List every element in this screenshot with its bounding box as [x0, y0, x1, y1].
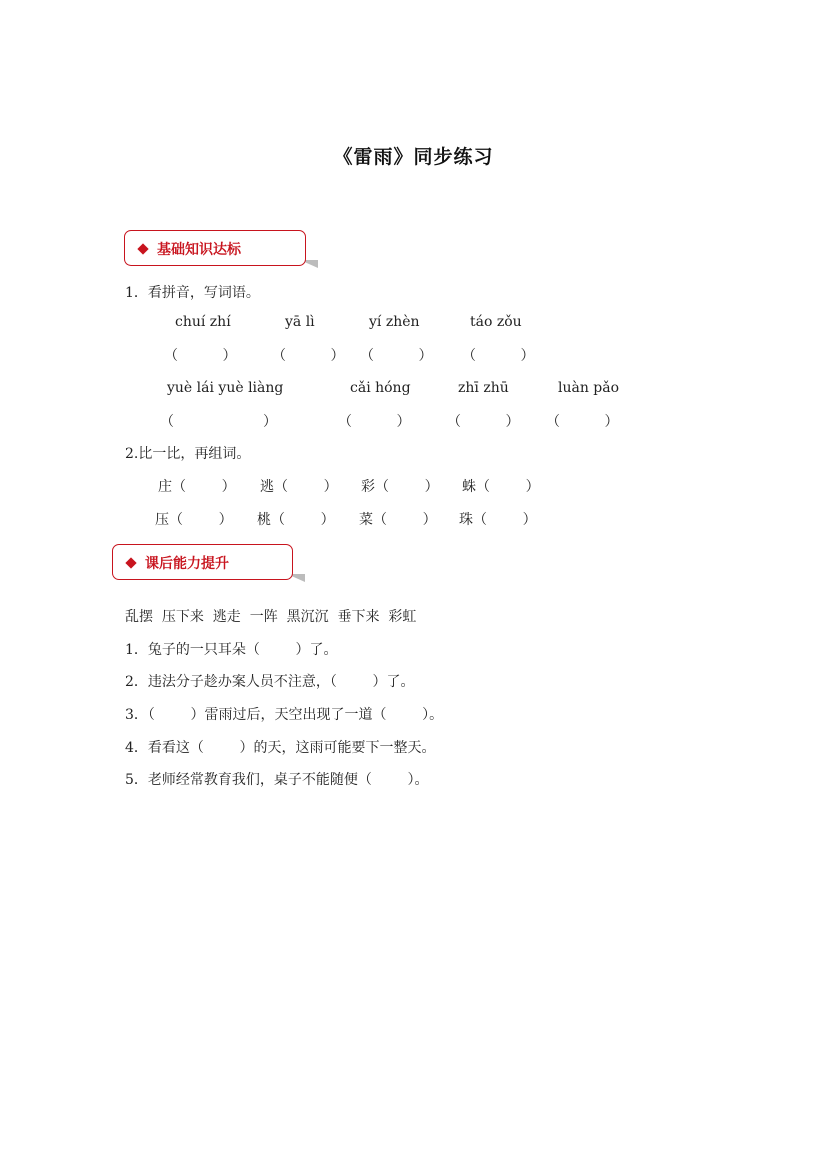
section-header-basic: 基础知识达标 — [124, 230, 306, 266]
compare-word[interactable]: 压（ ） — [155, 509, 233, 529]
section-label: 基础知识达标 — [157, 242, 241, 258]
compare-word[interactable]: 彩（ ） — [361, 476, 439, 496]
fill-in-item[interactable]: 1．兔子的一只耳朵（ ）了。 — [125, 639, 338, 659]
answer-blank[interactable]: （ ） — [462, 345, 535, 365]
answer-blank[interactable]: （ ） — [338, 411, 411, 431]
section-header-advanced: 课后能力提升 — [112, 544, 293, 580]
fill-in-item[interactable]: 5．老师经常教育我们，桌子不能随便（ ）。 — [125, 769, 429, 789]
compare-word[interactable]: 逃（ ） — [260, 476, 338, 496]
pinyin: luàn pǎo — [558, 380, 619, 396]
answer-blank[interactable]: （ ） — [160, 411, 277, 431]
page-title: 《雷雨》同步练习 — [0, 142, 827, 169]
pinyin: yuè lái yuè liàng — [167, 380, 283, 396]
answer-blank[interactable]: （ ） — [164, 345, 237, 365]
question-2-prompt: 2.比一比，再组词。 — [125, 443, 250, 463]
word-bank: 乱摆 压下来 逃走 一阵 黑沉沉 垂下来 彩虹 — [125, 606, 416, 626]
answer-blank[interactable]: （ ） — [360, 345, 433, 365]
answer-blank[interactable]: （ ） — [447, 411, 520, 431]
fill-in-item[interactable]: 2．违法分子趁办案人员不注意，（ ）了。 — [125, 671, 415, 691]
answer-blank[interactable]: （ ） — [272, 345, 345, 365]
compare-word[interactable]: 桃（ ） — [257, 509, 335, 529]
diamond-icon — [125, 557, 136, 568]
pinyin: yí zhèn — [369, 314, 420, 330]
diamond-icon — [137, 243, 148, 254]
pinyin: chuí zhí — [175, 314, 231, 330]
compare-word[interactable]: 珠（ ） — [459, 509, 537, 529]
answer-blank[interactable]: （ ） — [546, 411, 619, 431]
fill-in-item[interactable]: 3．（ ）雷雨过后，天空出现了一道（ ）。 — [125, 704, 443, 724]
pinyin: yā lì — [285, 314, 315, 330]
compare-word[interactable]: 菜（ ） — [359, 509, 437, 529]
compare-word[interactable]: 庄（ ） — [158, 476, 236, 496]
pinyin: cǎi hóng — [350, 380, 411, 396]
section-label: 课后能力提升 — [145, 556, 229, 572]
question-1-prompt: 1．看拼音，写词语。 — [125, 282, 260, 302]
pinyin: zhī zhū — [458, 380, 509, 396]
pinyin: táo zǒu — [470, 314, 522, 330]
fill-in-item[interactable]: 4．看看这（ ）的天，这雨可能要下一整天。 — [125, 737, 436, 757]
compare-word[interactable]: 蛛（ ） — [462, 476, 540, 496]
